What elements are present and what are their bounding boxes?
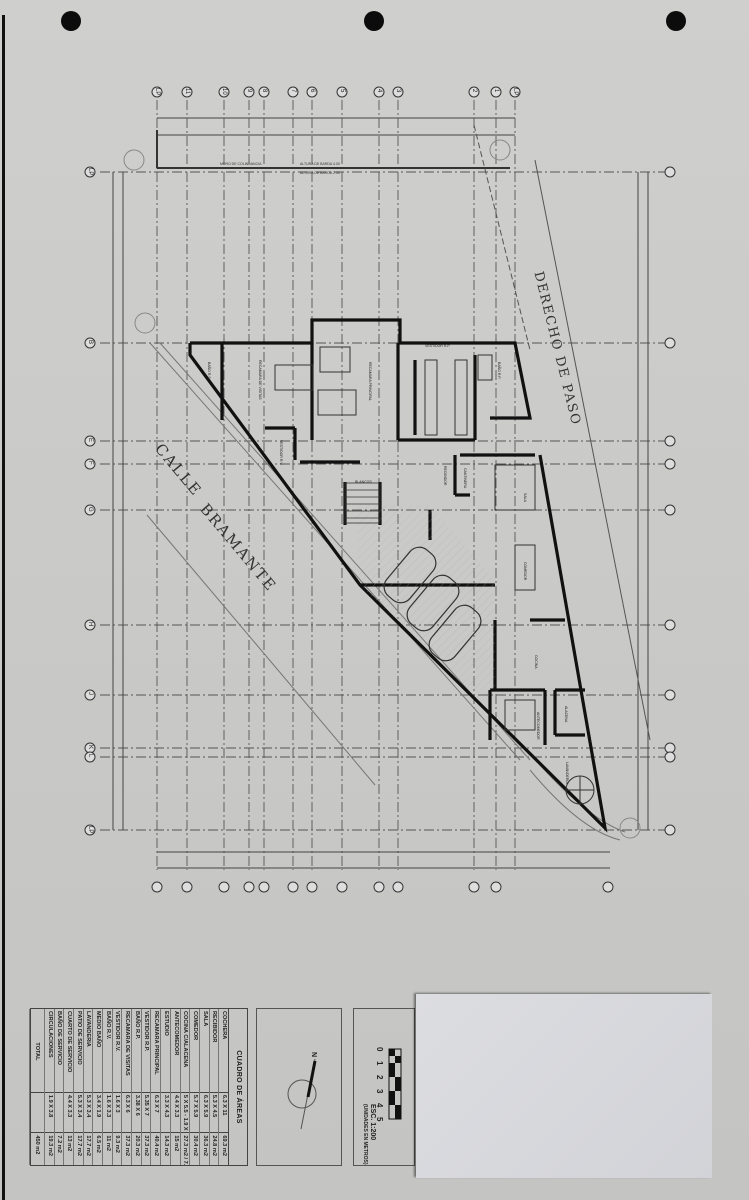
room-label: ANTECOMEDOR	[536, 712, 540, 740]
scale-units: (UNIDADES EN METROS)	[362, 1104, 368, 1165]
grid-label: 8	[261, 89, 267, 92]
grid-label: L	[87, 754, 93, 757]
table-row: SALA6.3 X 5.936.3 m2	[199, 1009, 209, 1165]
sticky-note	[416, 994, 712, 1178]
table-row: CIRCULACIONES1.9 X 3.819.3 m2	[44, 1009, 54, 1165]
table-total-row: TOTAL450 m2	[29, 1009, 44, 1165]
table-row: RECIBIDOR5.3 X 4.524.8 m2	[209, 1009, 219, 1165]
scale-tick: 5	[375, 1117, 384, 1121]
table-row: COCINA C/ALACENA5 X 5.5 - 1.9 X 3.827.3 …	[180, 1009, 190, 1165]
table-row: RECAMARA DE VISITAS6.3 X 637.3 m2	[121, 1009, 131, 1165]
grid-label: 1	[493, 89, 499, 92]
table-row: COMEDOR5.7 X 5.930.4 m2	[189, 1009, 199, 1165]
scale-label: ESC. 1:200	[369, 1104, 376, 1140]
grid-label: K	[87, 745, 93, 749]
areas-table-title: CUADRO DE ÁREAS	[228, 1009, 247, 1165]
scale-tick: 3	[375, 1089, 384, 1093]
scale-tick: 2	[375, 1075, 384, 1079]
note-text: ALTURA DE BARDA 2.50	[300, 171, 340, 175]
note-text: MURO DE COLINDANCIA	[220, 162, 261, 166]
table-row: RECAMARA PRINCIPAL6.3 X 740.4 m2	[151, 1009, 161, 1165]
table-row: ANTECOMEDOR4.4 X 3.315 m2	[170, 1009, 180, 1165]
floor-plan-drawing	[0, 0, 749, 1000]
table-row: COCHERA6.3 X 1169.3 m2	[218, 1009, 228, 1165]
north-arrow-box: N	[256, 1008, 342, 1166]
grid-label: 11	[184, 88, 190, 94]
table-row: MEDIO BAÑO3.4 X 1.96.5 m2	[92, 1009, 102, 1165]
note-text: ALTURA DE BARDA 4.00	[300, 162, 340, 166]
table-row: BAÑO DE SERVICIO7.2 m2	[54, 1009, 64, 1165]
room-label: RECIBIDOR	[443, 466, 447, 485]
room-label: COMEDOR	[523, 562, 527, 580]
right-of-way-line	[535, 160, 650, 740]
grid-label: 2	[471, 89, 477, 92]
room-label: COCINA	[534, 655, 538, 669]
areas-table: CUADRO DE ÁREAS COCHERA6.3 X 1169.3 m2 R…	[30, 1008, 248, 1166]
grid-label: LP	[87, 826, 93, 833]
grid-label: H	[87, 622, 93, 626]
grid-label: 10	[221, 88, 227, 95]
grid-label: LP	[512, 88, 518, 95]
scale-tick: 0	[375, 1047, 384, 1051]
grid-label: E	[87, 438, 93, 442]
grid-label: LP	[154, 88, 160, 95]
vertical-grid-lines	[157, 100, 515, 870]
table-row: PATIO DE SERVICIO5.3 X 3.417.7 m2	[73, 1009, 83, 1165]
room-label: ALACENA	[564, 706, 568, 722]
table-row: LAVANDERIA5.3 X 3.417.7 m2	[83, 1009, 93, 1165]
table-row: VESTIDOR R.P.5.35 X 737.3 m2	[141, 1009, 151, 1165]
grid-label: J	[87, 692, 93, 695]
north-label: N	[310, 1052, 317, 1057]
room-label: VESTIDOR R.P.	[425, 344, 450, 348]
room-label: CANTINERA	[463, 468, 467, 488]
grid-label: 3	[395, 89, 401, 92]
room-label: RECAMARA PRINCIPAL	[368, 362, 372, 401]
grid-label: 6	[309, 89, 315, 92]
room-label: LAVANDERIA	[565, 762, 569, 784]
grid-label: G	[87, 507, 93, 512]
table-row: BAÑO R.V.1.6 X 3.311 m2	[102, 1009, 112, 1165]
plan-sheet: LP 11 10 9 8 7 6 5 4 3 2 1 LP LP B E F G…	[0, 0, 749, 1200]
grid-label: 7	[290, 89, 296, 92]
room-label: SALA	[523, 493, 527, 502]
room-label: VESTIDOR R.V.	[279, 440, 283, 465]
scale-tick: 1	[375, 1061, 384, 1065]
scale-tick: 4	[375, 1103, 384, 1107]
table-row: VESTIDOR R.V.1.6 X 39.3 m2	[112, 1009, 122, 1165]
grid-label: F	[87, 461, 93, 465]
north-arrow-icon	[257, 1009, 341, 1165]
table-row: CUARTO DE SERVICIO4.4 X 3.313 m2	[63, 1009, 73, 1165]
horizontal-grid-lines	[100, 172, 665, 830]
grid-label: 4	[376, 89, 382, 92]
table-row: BAÑO R.P.3.38 X 620.3 m2	[131, 1009, 141, 1165]
grid-label: LP	[87, 168, 93, 175]
room-label: BAÑO R.P.	[497, 362, 501, 379]
table-row: ESTUDIO3.3 X 4.314.3 m2	[160, 1009, 170, 1165]
grid-label: 9	[246, 89, 252, 92]
scale-box: 0 1 2 3 4 5 ESC. 1:200 (UNIDADES EN METR…	[353, 1008, 415, 1166]
room-label: RECAMARA DE VISITAS	[258, 360, 262, 400]
grid-label: 5	[339, 89, 345, 92]
grid-label: B	[87, 340, 93, 344]
room-label: BAÑO R.S.	[207, 362, 211, 380]
room-label: BLANCOS	[355, 480, 372, 484]
